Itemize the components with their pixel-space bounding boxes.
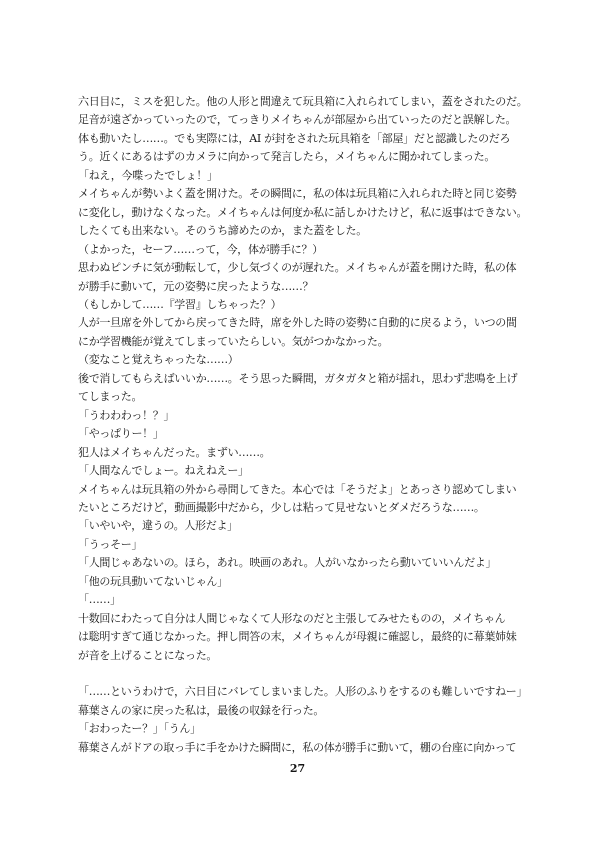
text-line: 「うっそー」 bbox=[78, 536, 520, 554]
text-line: 「おわったー？」「うん」 bbox=[78, 720, 520, 738]
text-line: 「人間じゃあないの。ほら，あれ。映画のあれ。人がいなかったら動いていいんだよ」 bbox=[78, 554, 520, 572]
text-line: 「いやいや，違うの。人形だよ」 bbox=[78, 517, 520, 535]
text-line: （変なこと覚えちゃったな……） bbox=[78, 351, 520, 369]
text-line: 幕葉さんの家に戻った私は，最後の収録を行った。 bbox=[78, 702, 520, 720]
text-line: たいところだけど，動画撮影中だから，少しは粘って見せないとダメだろうな……。 bbox=[78, 499, 520, 517]
text-line: 「……」 bbox=[78, 591, 520, 609]
document-page: 六日目に，ミスを犯した。他の人形と間違えて玩具箱に入れられてしまい，蓋をされたの… bbox=[0, 0, 595, 842]
text-line: 「ねえ，今喋ったでしょ！」 bbox=[78, 167, 520, 185]
text-line: てしまった。 bbox=[78, 388, 520, 406]
text-line: 「人間なんでしょー。ねえねえー」 bbox=[78, 462, 520, 480]
text-line: 後で消してもらえばいいか……。そう思った瞬間，ガタガタと箱が揺れ，思わず悲鳴を上… bbox=[78, 370, 520, 388]
text-line: 犯人はメイちゃんだった。まずい……。 bbox=[78, 444, 520, 462]
text-line: 「うわわわっ！？」 bbox=[78, 407, 520, 425]
text-line: 「……というわけで，六日目にバレてしまいました。人形のふりをするのも難しいですね… bbox=[78, 683, 520, 701]
text-line: メイちゃんは玩具箱の外から尋問してきた。本心では「そうだよ」とあっさり認めてしま… bbox=[78, 481, 520, 499]
text-line: にか学習機能が覚えてしまっていたらしい。気がつかなかった。 bbox=[78, 333, 520, 351]
text-line: （よかった，セーフ……って，今，体が勝手に？） bbox=[78, 241, 520, 259]
paragraph-gap bbox=[78, 665, 520, 683]
text-line: 六日目に，ミスを犯した。他の人形と間違えて玩具箱に入れられてしまい，蓋をされたの… bbox=[78, 93, 520, 111]
text-line: 体も動いたし……。でも実際には，AI が封をされた玩具箱を「部屋」だと認識したの… bbox=[78, 130, 520, 148]
text-line: が音を上げることになった。 bbox=[78, 647, 520, 665]
text-line: 思わぬピンチに気が動転して，少し気づくのが遅れた。メイちゃんが蓋を開けた時，私の… bbox=[78, 259, 520, 277]
text-line: 「やっぱりー！」 bbox=[78, 425, 520, 443]
text-line: メイちゃんが勢いよく蓋を開けた。その瞬間に，私の体は玩具箱に入れられた時と同じ姿… bbox=[78, 185, 520, 203]
text-line: 足音が遠ざかっていったので，てっきりメイちゃんが部屋から出ていったのだと誤解した… bbox=[78, 111, 520, 129]
text-line: したくても出来ない。そのうち諦めたのか，また蓋をした。 bbox=[78, 222, 520, 240]
text-line: が勝手に動いて，元の姿勢に戻ったような……？ bbox=[78, 278, 520, 296]
text-line: 人が一旦席を外してから戻ってきた時，席を外した時の姿勢に自動的に戻るよう，いつの… bbox=[78, 314, 520, 332]
text-line: 幕葉さんがドアの取っ手に手をかけた瞬間に，私の体が勝手に動いて，棚の台座に向かっ… bbox=[78, 739, 520, 757]
text-line: （もしかして……『学習』しちゃった？） bbox=[78, 296, 520, 314]
text-line: 「他の玩具動いてないじゃん」 bbox=[78, 573, 520, 591]
text-line: に変化し，動けなくなった。メイちゃんは何度か私に話しかけたけど，私に返事はできな… bbox=[78, 204, 520, 222]
body-text: 六日目に，ミスを犯した。他の人形と間違えて玩具箱に入れられてしまい，蓋をされたの… bbox=[78, 93, 520, 757]
text-line: 十数回にわたって自分は人間じゃなくて人形なのだと主張してみせたものの，メイちゃん bbox=[78, 610, 520, 628]
text-line: う。近くにあるはずのカメラに向かって発言したら，メイちゃんに聞かれてしまった。 bbox=[78, 148, 520, 166]
page-number: 27 bbox=[0, 762, 595, 775]
text-line: は聡明すぎて通じなかった。押し問答の末，メイちゃんが母親に確認し，最終的に幕葉姉… bbox=[78, 628, 520, 646]
